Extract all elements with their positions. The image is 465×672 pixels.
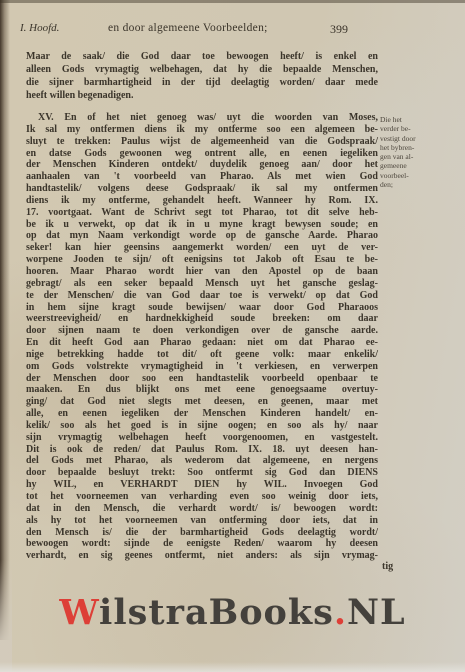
text-line: En dit heeft God aan Pharao gedaan: niet… [26, 337, 378, 349]
margin-note-line: gen van al- [380, 152, 462, 161]
margin-note-line: Die het [380, 115, 462, 124]
text-line: dat in den Mensch, die verhardt wordt/ i… [26, 503, 378, 515]
margin-note-line: verder be- [380, 124, 462, 133]
text-line: en datse Gods gewoonen weg ontrent alle,… [26, 148, 378, 160]
text-line: op dat myn Naam verkondigt worde op de g… [26, 230, 378, 242]
text-line: heeft willen begenadigen. [26, 89, 378, 102]
text-line: aanhaalen van 't voorbeeld van Pharao. A… [26, 171, 378, 183]
margin-note-line: den; [380, 180, 462, 189]
scan-bottom-edge [0, 662, 465, 672]
text-line: hy WIL, en VERHARDT DIEN hy WIL. Invoege… [26, 479, 378, 491]
bookseller-watermark: WilstraBooks.NL [0, 592, 465, 634]
text-line: seker! kan hier geensins aangemerkt word… [26, 242, 378, 254]
body-paragraph-2: XV. En of het niet genoeg was/ uyt die w… [26, 112, 378, 562]
text-line: 17. voortgaat. Want de Schrivt segt tot … [26, 207, 378, 219]
text-line: verhardt, en sig geenes ontfermt, niet a… [26, 550, 378, 562]
text-line: be ik u verwekt, op dat ik in u myne kra… [26, 219, 378, 231]
text-line: om Gods volstrekte vrymagtigheid in 't v… [26, 361, 378, 373]
text-line: gebragt/ als een seker bepaald Mensch uy… [26, 278, 378, 290]
running-title: en door algemeene Voorbeelden; [108, 22, 268, 34]
watermark-name: ilstraBooks [99, 592, 334, 633]
text-line: worpene Jooden te sijn/ oft eenigsins to… [26, 254, 378, 266]
text-line: Dit is ook de reden/ dat Paulus Rom. IX.… [26, 444, 378, 456]
text-line: nige betrekking hadde tot dit/ oft geene… [26, 349, 378, 361]
text-line: als hy tot het voorneemen van ontferming… [26, 515, 378, 527]
margin-note-line: gemeene [380, 161, 462, 170]
text-line: handtastelik/ volgens deese Godspraak/ i… [26, 183, 378, 195]
text-line: sijn vrymagtig welbehagen heeft voorgeno… [26, 432, 378, 444]
text-line: diens ik my ontferme, gehandelt heeft. W… [26, 195, 378, 207]
page-number: 399 [330, 22, 348, 37]
text-line: te der Menschen/ die van God daar toe is… [26, 290, 378, 302]
text-line: alle, en eenen iegeliken der Menschen Ki… [26, 408, 378, 420]
text-line: door sijnen naam te doen verkondigen ove… [26, 325, 378, 337]
chapter-label: I. Hoofd. [20, 22, 59, 34]
scanned-book-page: I. Hoofd. en door algemeene Voorbeelden;… [0, 0, 465, 672]
text-line: del Gods met Pharao, als wederom dat alg… [26, 455, 378, 467]
margin-note-line: voorbeel- [380, 171, 462, 180]
text-line: kelik/ soo als het goed is in sijne ooge… [26, 420, 378, 432]
text-line: alleen Gods vrymagtig welbehagen, dat hy… [26, 63, 378, 76]
text-line: tot het voorneemen van verharding even s… [26, 491, 378, 503]
text-line: Ik sal my ontfermen diens ik my ontferme… [26, 124, 378, 136]
text-line: weerstreevigheid/ en hardnekkigheid soud… [26, 313, 378, 325]
margin-note-line: vestigt door [380, 134, 462, 143]
text-line: in hem sijne kragt soude bewijsen/ waar … [26, 302, 378, 314]
catchword: tig [382, 561, 393, 572]
watermark-initial: W [59, 592, 99, 633]
text-line: der Menschen door soo een handtastelik v… [26, 373, 378, 385]
watermark-dot: . [334, 592, 347, 633]
text-line: maaken. En dus blijkt ons met eene genoe… [26, 384, 378, 396]
text-line: XV. En of het niet genoeg was/ uyt die w… [26, 112, 378, 124]
body-paragraph-1: Maar de saak/ die God daar toe bewoogen … [26, 50, 378, 102]
margin-note-line: het bybren- [380, 143, 462, 152]
watermark-tld: NL [347, 592, 406, 633]
text-line: bewoogen wordt: sijnde de eenigste Reden… [26, 538, 378, 550]
page-header: I. Hoofd. en door algemeene Voorbeelden;… [0, 22, 465, 38]
margin-note: Die hetverder be-vestigt doorhet bybren-… [380, 115, 462, 189]
text-line: Maar de saak/ die God daar toe bewoogen … [26, 50, 378, 63]
text-line: ging/ dat God niet slegts met deesen, en… [26, 396, 378, 408]
text-line: door bepaalde besluyt trekt: Soo ontferm… [26, 467, 378, 479]
text-line: hooren. Maar Pharao wordt hier van den A… [26, 266, 378, 278]
page-gutter-shadow [0, 0, 10, 640]
text-line: sluyt te trekken: Paulus wijst de algeme… [26, 136, 378, 148]
text-line: der Menschen Kinderen ontdekt/ duydelik … [26, 159, 378, 171]
scan-top-edge [0, 0, 465, 3]
text-line: den Mensch is/ die der barmhartigheid Go… [26, 527, 378, 539]
text-line: die sijner barmhartigheid in der tijd de… [26, 76, 378, 89]
